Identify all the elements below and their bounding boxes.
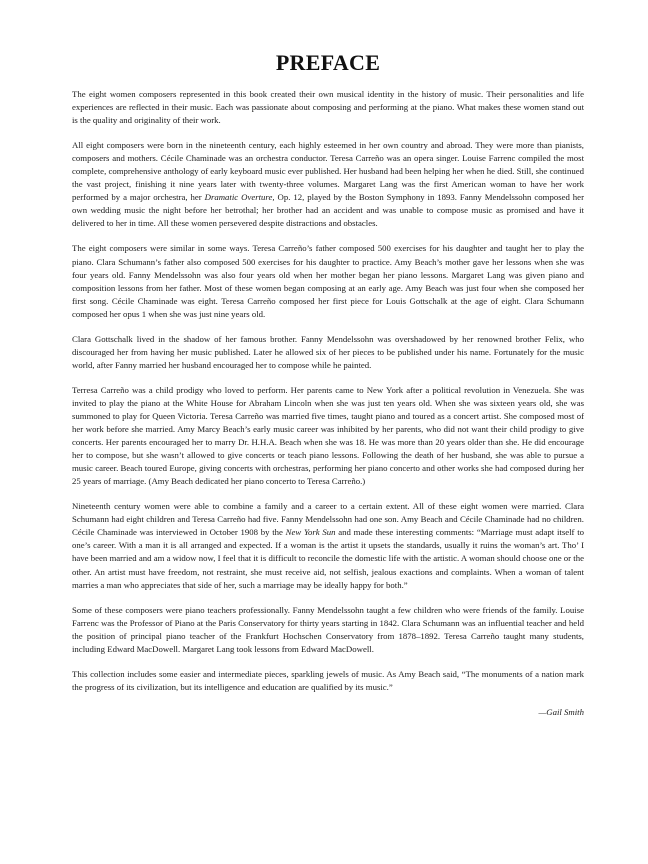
paragraph-4: Clara Gottschalk lived in the shadow of …: [72, 333, 584, 372]
paragraph-1: The eight women composers represented in…: [72, 88, 584, 127]
work-title-dramatic-overture: Dramatic Overture,: [205, 192, 275, 202]
paragraph-3: The eight composers were similar in some…: [72, 242, 584, 320]
page-title: PREFACE: [72, 50, 584, 76]
paragraph-2: All eight composers were born in the nin…: [72, 139, 584, 230]
author-signature: —Gail Smith: [72, 706, 584, 719]
newspaper-title: New York Sun: [286, 527, 336, 537]
preface-page: PREFACE The eight women composers repres…: [72, 50, 584, 731]
paragraph-5: Terresa Carreño was a child prodigy who …: [72, 384, 584, 488]
paragraph-7: Some of these composers were piano teach…: [72, 604, 584, 656]
paragraph-6: Nineteenth century women were able to co…: [72, 500, 584, 591]
paragraph-8: This collection includes some easier and…: [72, 668, 584, 694]
